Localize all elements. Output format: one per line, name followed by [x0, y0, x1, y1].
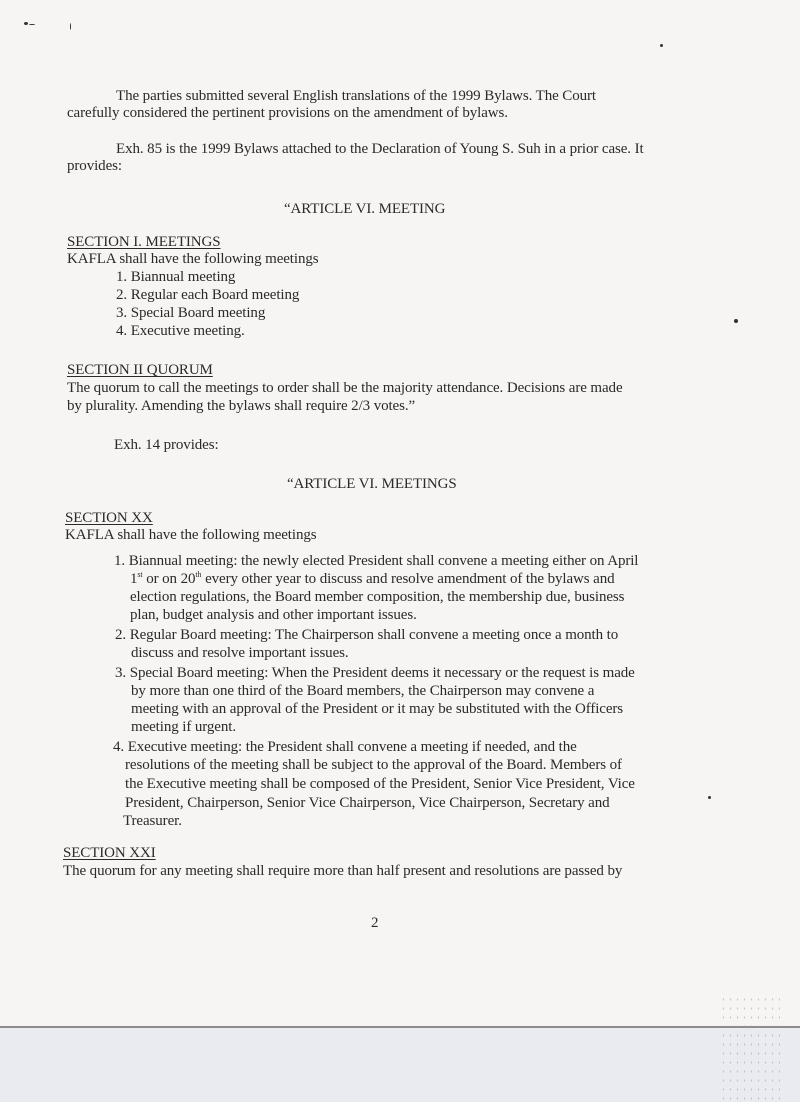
article-heading-1: “ARTICLE VI. MEETING: [284, 201, 445, 218]
exh14-line: Exh. 14 provides:: [114, 437, 219, 454]
item1-line-3: election regulations, the Board member c…: [130, 589, 624, 606]
scan-speck: [70, 23, 71, 30]
scan-speck: [660, 44, 663, 47]
section-title: SECTION XX: [65, 510, 153, 527]
exh85-line-2: provides:: [67, 158, 122, 175]
intro-line-2: carefully considered the pertinent provi…: [67, 105, 508, 122]
item3-line-3: meeting with an approval of the Presiden…: [131, 701, 623, 718]
exh85-line-1: Exh. 85 is the 1999 Bylaws attached to t…: [116, 141, 644, 158]
intro-line-1: The parties submitted several English tr…: [116, 88, 596, 105]
section-lead: KAFLA shall have the following meetings: [65, 527, 316, 544]
item1-line-2: 1st or on 20th every other year to discu…: [130, 571, 615, 588]
list-item: 2. Regular each Board meeting: [116, 287, 299, 304]
item4-line-5: Treasurer.: [123, 813, 182, 830]
section-title: SECTION II QUORUM: [67, 362, 213, 379]
scan-speck: [24, 22, 28, 25]
list-item: 4. Executive meeting.: [116, 323, 245, 340]
item2-line-1: 2. Regular Board meeting: The Chairperso…: [115, 627, 618, 644]
list-item: 1. Biannual meeting: [116, 269, 235, 286]
scan-speck: [29, 24, 35, 25]
item1-line-4: plan, budget analysis and other importan…: [130, 607, 417, 624]
sectionXXI-line-1: The quorum for any meeting shall require…: [63, 863, 622, 880]
scan-speck: [708, 796, 711, 799]
section-title: SECTION I. MEETINGS: [67, 234, 221, 251]
item4-line-4: President, Chairperson, Senior Vice Chai…: [125, 795, 610, 812]
item3-line-1: 3. Special Board meeting: When the Presi…: [115, 665, 635, 682]
item3-line-4: meeting if urgent.: [131, 719, 236, 736]
page-number: 2: [371, 915, 378, 932]
scan-noise: [720, 995, 780, 1100]
scan-speck: [734, 319, 738, 323]
item3-line-2: by more than one third of the Board memb…: [131, 683, 594, 700]
quorum-line-2: by plurality. Amending the bylaws shall …: [67, 398, 415, 415]
section-title: SECTION XXI: [63, 845, 156, 862]
item2-line-2: discuss and resolve important issues.: [131, 645, 349, 662]
item4-line-1: 4. Executive meeting: the President shal…: [113, 739, 577, 756]
text: every other year to discuss and resolve …: [201, 571, 614, 587]
item4-line-3: the Executive meeting shall be composed …: [125, 776, 635, 793]
section-lead: KAFLA shall have the following meetings: [67, 251, 318, 268]
article-heading-2: “ARTICLE VI. MEETINGS: [287, 476, 457, 493]
quorum-line-1: The quorum to call the meetings to order…: [67, 380, 623, 397]
item1-line-1: 1. Biannual meeting: the newly elected P…: [114, 553, 638, 570]
scanned-page: The parties submitted several English tr…: [0, 0, 800, 1028]
text: or on 20: [143, 571, 196, 587]
item4-line-2: resolutions of the meeting shall be subj…: [125, 757, 622, 774]
list-item: 3. Special Board meeting: [116, 305, 265, 322]
